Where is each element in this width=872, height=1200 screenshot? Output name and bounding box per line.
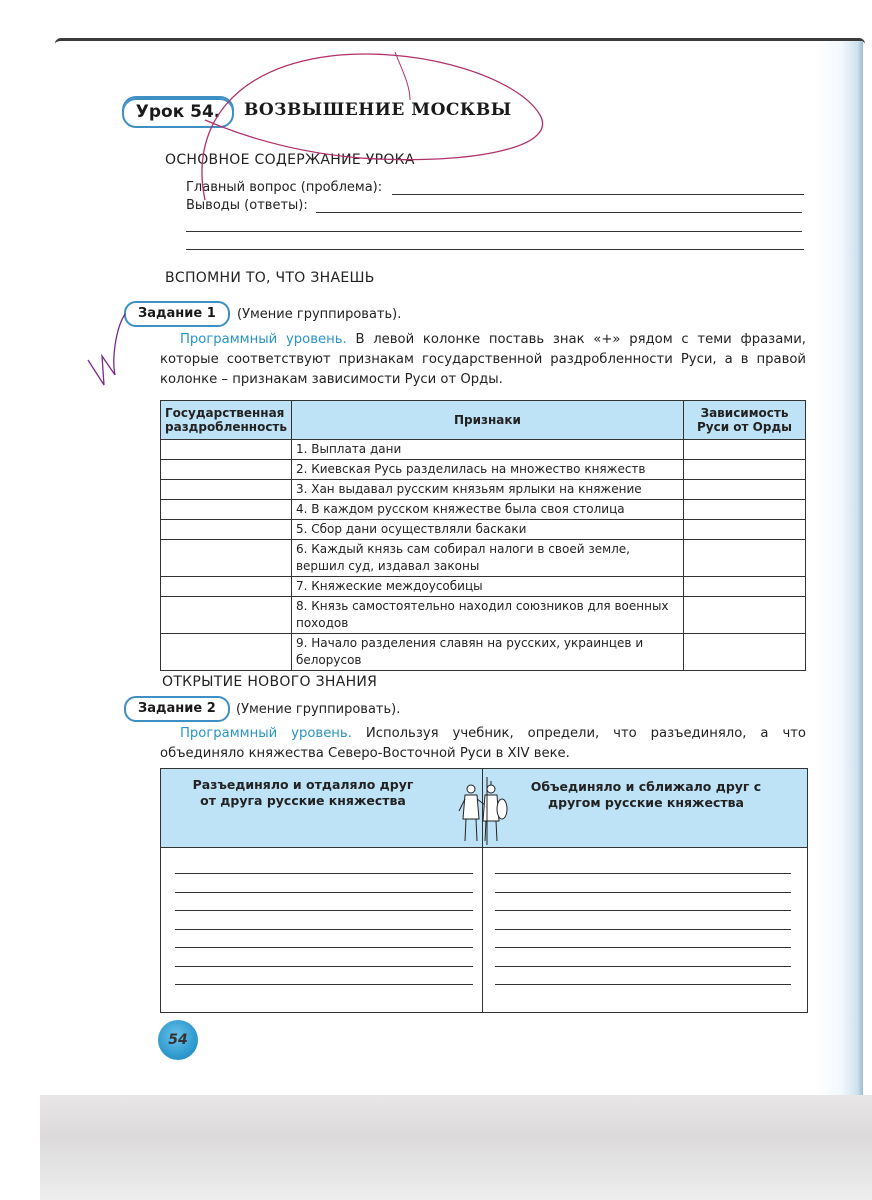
dependence-mark-cell[interactable] — [684, 480, 806, 500]
question-label: Главный вопрос (проблема): — [186, 180, 382, 195]
task1-header-signs: Признаки — [291, 401, 683, 440]
dependence-mark-cell[interactable] — [684, 634, 806, 671]
fragmentation-mark-cell[interactable] — [161, 634, 292, 671]
lesson-title: ВОЗВЫШЕНИЕ МОСКВЫ — [244, 100, 512, 120]
task1-badge: Задание 1 — [124, 301, 230, 327]
fragmentation-mark-cell[interactable] — [161, 460, 292, 480]
united-answer-line[interactable] — [495, 984, 791, 985]
fragmentation-mark-cell[interactable] — [161, 597, 292, 634]
task2-instruction: Программный уровень. Используя учебник, … — [160, 724, 806, 764]
dependence-mark-cell[interactable] — [684, 520, 806, 540]
table-row: 9. Начало разделения славян на русских, … — [161, 634, 806, 671]
page-number: 54 — [158, 1020, 198, 1060]
dependence-mark-cell[interactable] — [684, 500, 806, 520]
task1-table: Государственная раздробленность Признаки… — [160, 400, 806, 671]
table-row: 7. Княжеские междоусобицы — [161, 577, 806, 597]
fragmentation-mark-cell[interactable] — [161, 577, 292, 597]
united-answer-line[interactable] — [495, 892, 791, 893]
warriors-illustration-icon — [451, 775, 517, 847]
united-answer-line[interactable] — [495, 966, 791, 967]
fragmentation-mark-cell[interactable] — [161, 480, 292, 500]
divided-answer-line[interactable] — [175, 929, 473, 930]
divided-answer-line[interactable] — [175, 910, 473, 911]
dependence-mark-cell[interactable] — [684, 540, 806, 577]
fragmentation-mark-cell[interactable] — [161, 540, 292, 577]
discovery-heading: ОТКРЫТИЕ НОВОГО ЗНАНИЯ — [162, 674, 377, 690]
task2-skill: (Умение группировать). — [236, 702, 400, 717]
united-answer-line[interactable] — [495, 910, 791, 911]
task2-level: Программный уровень. — [180, 726, 352, 741]
conclusions-answer-line-2[interactable] — [186, 231, 802, 232]
task1-header-fragmentation: Государственная раздробленность — [161, 401, 292, 440]
divided-answer-line[interactable] — [175, 873, 473, 874]
dependence-mark-cell[interactable] — [684, 597, 806, 634]
table-row: 1. Выплата дани — [161, 440, 806, 460]
fragmentation-mark-cell[interactable] — [161, 500, 292, 520]
main-content-heading: ОСНОВНОЕ СОДЕРЖАНИЕ УРОКА — [165, 152, 415, 168]
fragmentation-mark-cell[interactable] — [161, 440, 292, 460]
sign-cell: 8. Князь самостоятельно находил союзнико… — [291, 597, 683, 634]
united-answer-line[interactable] — [495, 873, 791, 874]
task2-header-united: Объединяло и сближало друг с другом русс… — [511, 779, 781, 811]
conclusions-answer-line-1[interactable] — [316, 212, 802, 213]
recall-heading: ВСПОМНИ ТО, ЧТО ЗНАЕШЬ — [165, 270, 375, 286]
table-row: 2. Киевская Русь разделилась на множеств… — [161, 460, 806, 480]
fragmentation-mark-cell[interactable] — [161, 520, 292, 540]
task1-skill: (Умение группировать). — [237, 307, 401, 322]
sign-cell: 4. В каждом русском княжестве была своя … — [291, 500, 683, 520]
table-row: 8. Князь самостоятельно находил союзнико… — [161, 597, 806, 634]
table-row: 4. В каждом русском княжестве была своя … — [161, 500, 806, 520]
lesson-badge: Урок 54. — [122, 96, 234, 128]
task1-instruction: Программный уровень. В левой колонке пос… — [160, 330, 806, 390]
sign-cell: 1. Выплата дани — [291, 440, 683, 460]
divided-answer-line[interactable] — [175, 947, 473, 948]
sign-cell: 3. Хан выдавал русским князьям ярлыки на… — [291, 480, 683, 500]
divided-answer-line[interactable] — [175, 984, 473, 985]
conclusions-label: Выводы (ответы): — [186, 198, 308, 213]
page-right-edge — [815, 41, 863, 1101]
scan-background — [40, 1095, 872, 1200]
united-answer-line[interactable] — [495, 929, 791, 930]
table-row: 3. Хан выдавал русским князьям ярлыки на… — [161, 480, 806, 500]
dependence-mark-cell[interactable] — [684, 440, 806, 460]
conclusions-answer-line-3[interactable] — [186, 249, 804, 250]
table-row: 6. Каждый князь сам собирал налоги в сво… — [161, 540, 806, 577]
task1-level: Программный уровень. — [180, 332, 347, 347]
united-answer-line[interactable] — [495, 947, 791, 948]
task2-table: Разъединяло и отдаляло друг от друга рус… — [160, 768, 808, 1013]
dependence-mark-cell[interactable] — [684, 577, 806, 597]
sign-cell: 7. Княжеские междоусобицы — [291, 577, 683, 597]
sign-cell: 2. Киевская Русь разделилась на множеств… — [291, 460, 683, 480]
divided-answer-line[interactable] — [175, 892, 473, 893]
dependence-mark-cell[interactable] — [684, 460, 806, 480]
table-row: 5. Сбор дани осуществляли баскаки — [161, 520, 806, 540]
task2-badge: Задание 2 — [124, 696, 230, 722]
divided-answer-line[interactable] — [175, 966, 473, 967]
sign-cell: 9. Начало разделения славян на русских, … — [291, 634, 683, 671]
sign-cell: 5. Сбор дани осуществляли баскаки — [291, 520, 683, 540]
task1-header-dependence: Зависимость Руси от Орды — [684, 401, 806, 440]
sign-cell: 6. Каждый князь сам собирал налоги в сво… — [291, 540, 683, 577]
question-answer-line[interactable] — [392, 194, 804, 195]
task2-header-divided: Разъединяло и отдаляло друг от друга рус… — [183, 777, 423, 809]
